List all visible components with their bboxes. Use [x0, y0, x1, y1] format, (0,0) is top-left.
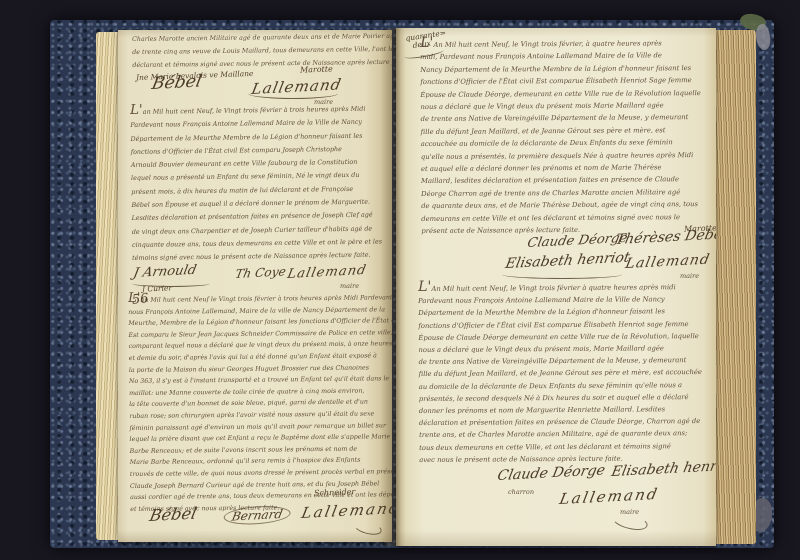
- birth-act-marie-therese-maillard: L'An Mil huit cent Neuf, le Vingt trois …: [420, 34, 711, 238]
- signature-lallemand: Lallemand: [286, 263, 368, 282]
- flourish: [611, 510, 650, 533]
- foundling-act: L'an Mil huit cent Neuf le Vingt trois f…: [128, 289, 392, 515]
- signature-arnould: J Arnould: [132, 263, 198, 281]
- signature-coye: Th Coye: [234, 264, 287, 281]
- signature-bebel: Bébel: [148, 504, 198, 525]
- birth-act-arnould: L'an Mil huit cent Neuf, le Vingt trois …: [130, 100, 390, 265]
- register-book-cover: Charles Marotte ancien Militaire agé de …: [50, 20, 774, 548]
- left-page: Charles Marotte ancien Militaire agé de …: [118, 30, 392, 542]
- flourish: [248, 88, 338, 99]
- signature-deorge-title: charron: [508, 488, 534, 496]
- signature-lallemand: Lallemand: [558, 485, 660, 508]
- previous-act-ending: Charles Marotte ancien Militaire agé de …: [132, 30, 386, 72]
- signature-elisabeth-henriot: Elisabeth henriot: [504, 250, 631, 272]
- signature-marotte: Marotte: [300, 64, 333, 74]
- flourish: [353, 519, 383, 537]
- photo-of-register: { "scene": { "background_color": "#18161…: [0, 0, 800, 560]
- right-page-edge-stack: [714, 30, 756, 544]
- signature-schneider-small: Schneider: [314, 487, 356, 497]
- worn-cover-edge: [753, 23, 772, 51]
- right-page: quarante= deux L'An Mil huit cent Neuf, …: [396, 28, 716, 546]
- flourish: [502, 270, 622, 279]
- signature-bebel: Bébel: [150, 71, 203, 94]
- signature-lallemand: Lallemand: [624, 252, 712, 272]
- birth-act-marguerite-henriette-maillard: L'An Mil huit cent Neuf, le Vingt trois …: [418, 278, 711, 466]
- handwritten-line: déclarant et témoins signé avec nous le …: [132, 56, 386, 72]
- signature-claude-deorge: Claude Déorge: [496, 462, 607, 484]
